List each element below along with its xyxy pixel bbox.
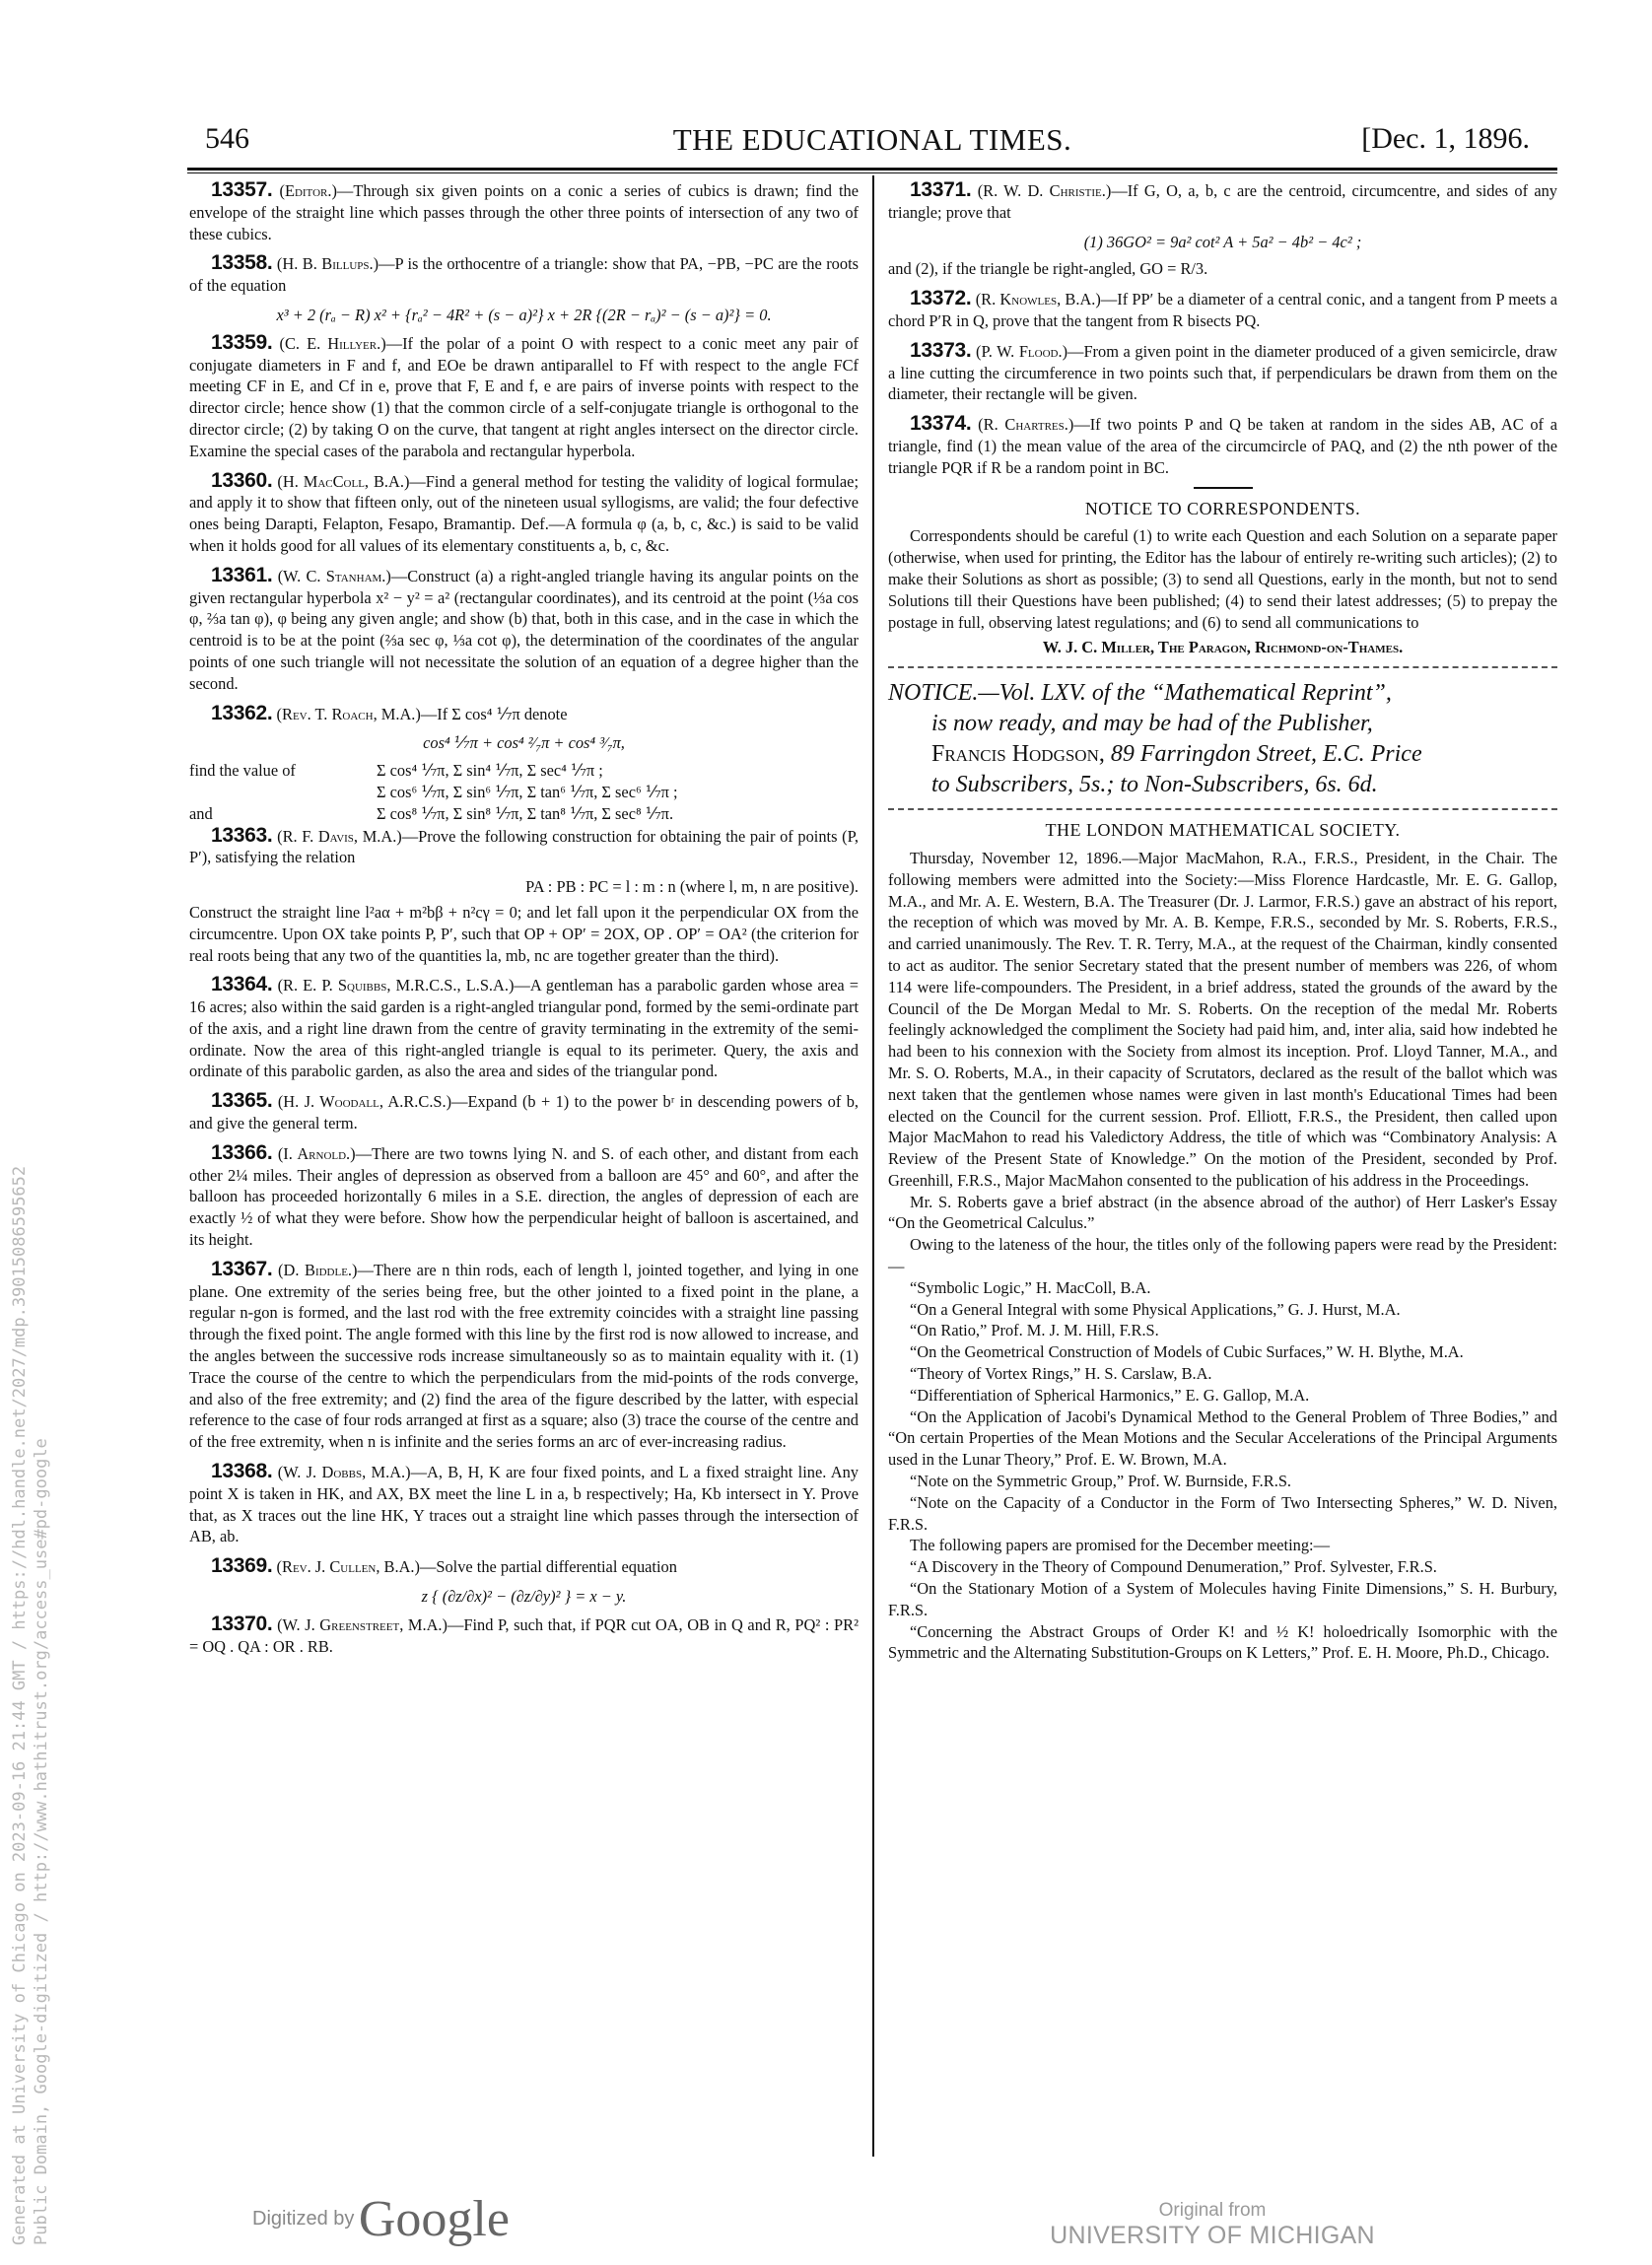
question-text: 13367. (D. Biddle.)—There are n thin rod… — [189, 1259, 859, 1453]
question-item: 13357. (Editor.)—Through six given point… — [189, 179, 859, 244]
question-equation: PA : PB : PC = l : m : n (where l, m, n … — [189, 876, 859, 898]
question-author: (P. W. Flood.) — [976, 342, 1067, 361]
watermark-line: Public Domain, Google-digitized / http:/… — [32, 1438, 51, 2245]
question-item: 13372. (R. Knowles, B.A.)—If PP′ be a di… — [888, 288, 1557, 332]
question-item: 13358. (H. B. Billups.)—P is the orthoce… — [189, 252, 859, 325]
question-item: 13360. (H. MacColl, B.A.)—Find a general… — [189, 470, 859, 557]
question-number: 13370. — [211, 1613, 272, 1635]
question-item: 13362. (Rev. T. Roach, M.A.)—If Σ cos⁴ ⅐… — [189, 703, 859, 825]
question-number: 13363. — [211, 824, 272, 847]
question-author: (W. J. Dobbs, M.A.) — [278, 1463, 411, 1481]
digitized-by-google: Digitized by Google — [252, 2190, 510, 2248]
question-item: 13365. (H. J. Woodall, A.R.C.S.)—Expand … — [189, 1090, 859, 1134]
question-number: 13362. — [211, 702, 272, 724]
question-author: (Rev. J. Cullen, B.A.) — [277, 1557, 420, 1576]
question-author: (H. MacColl, B.A.) — [277, 472, 409, 491]
hathitrust-watermark: Generated at University of Chicago on 20… — [8, 708, 51, 2245]
publication-title: THE EDUCATIONAL TIMES. — [187, 122, 1557, 158]
reprint-notice-line: is now ready, and may be had of the Publ… — [888, 709, 1557, 739]
paper-read-item: “On a General Integral with some Physica… — [888, 1299, 1557, 1321]
society-paragraph: Owing to the lateness of the hour, the t… — [888, 1234, 1557, 1277]
notice-correspondents-heading: NOTICE TO CORRESPONDENTS. — [888, 499, 1557, 520]
question-body: —There are n thin rods, each of length l… — [189, 1261, 859, 1451]
question-item: 13364. (R. E. P. Squibbs, M.R.C.S., L.S.… — [189, 974, 859, 1082]
reprint-notice-line: Francis Hodgson, 89 Farringdon Street, E… — [888, 739, 1557, 770]
paper-read-item: “On Ratio,” Prof. M. J. M. Hill, F.R.S. — [888, 1320, 1557, 1341]
question-equation: cos⁴ ⅐π + cos⁴ ²⁄₇π + cos⁴ ³⁄₇π, — [189, 732, 859, 754]
london-mathematical-society-report: THE LONDON MATHEMATICAL SOCIETY. Thursda… — [888, 820, 1557, 1664]
paper-promised-item: “On the Stationary Motion of a System of… — [888, 1578, 1557, 1621]
sum-row-terms: Σ cos⁶ ⅐π, Σ sin⁶ ⅐π, Σ tan⁶ ⅐π, Σ sec⁶ … — [377, 782, 859, 803]
sum-row: andΣ cos⁸ ⅐π, Σ sin⁸ ⅐π, Σ tan⁸ ⅐π, Σ se… — [189, 803, 859, 825]
original-from-label: Original from — [1035, 2200, 1390, 2222]
publisher-name: Francis Hodgson, — [931, 741, 1105, 767]
editor-address: W. J. C. Miller, The Paragon, Richmond-o… — [888, 637, 1557, 658]
question-author: (R. Knowles, B.A.) — [976, 290, 1101, 309]
question-body: —If Σ cos⁴ ⅐π denote — [421, 705, 568, 723]
society-heading: THE LONDON MATHEMATICAL SOCIETY. — [888, 820, 1557, 842]
question-equation: x³ + 2 (rₐ − R) x² + {rₐ² − 4R² + (s − a… — [189, 305, 859, 326]
question-number: 13367. — [211, 1258, 272, 1280]
newspaper-page: 546 THE EDUCATIONAL TIMES. [Dec. 1, 1896… — [187, 116, 1557, 2157]
section-rule — [888, 666, 1557, 668]
paper-read-item: “Symbolic Logic,” H. MacColl, B.A. — [888, 1277, 1557, 1299]
question-author: (H. B. Billups.) — [277, 254, 379, 273]
question-number: 13358. — [211, 251, 272, 274]
watermark-line: Generated at University of Chicago on 20… — [10, 1166, 30, 2245]
question-continuation: Construct the straight line l²aα + m²bβ … — [189, 902, 859, 966]
paper-read-item: “On the Application of Jacobi's Dynamica… — [888, 1407, 1557, 1471]
question-equation: z { (∂z/∂x)² − (∂z/∂y)² } = x − y. — [189, 1586, 859, 1608]
publisher-address: 89 Farringdon Street, E.C. Price — [1105, 741, 1422, 767]
question-item: 13359. (C. E. Hillyer.)—If the polar of … — [189, 332, 859, 462]
question-equation: (1) 36GO² = 9a² cot² A + 5a² − 4b² − 4c²… — [888, 232, 1557, 253]
question-text: 13365. (H. J. Woodall, A.R.C.S.)—Expand … — [189, 1090, 859, 1134]
reprint-notice-line: to Subscribers, 5s.; to Non-Subscribers,… — [888, 770, 1557, 800]
question-author: (Rev. T. Roach, M.A.) — [277, 705, 421, 723]
left-column: 13357. (Editor.)—Through six given point… — [187, 173, 872, 2157]
question-item: 13363. (R. F. Davis, M.A.)—Prove the fol… — [189, 825, 859, 967]
section-rule — [1194, 487, 1253, 489]
society-paragraph: Thursday, November 12, 1896.—Major MacMa… — [888, 848, 1557, 1192]
question-text: 13366. (I. Arnold.)—There are two towns … — [189, 1142, 859, 1251]
society-paragraphs: Thursday, November 12, 1896.—Major MacMa… — [888, 848, 1557, 1277]
question-item: 13368. (W. J. Dobbs, M.A.)—A, B, H, K ar… — [189, 1461, 859, 1547]
sum-row-label: and — [189, 803, 377, 825]
google-logo: Google — [359, 2191, 510, 2247]
question-item: 13374. (R. Chartres.)—If two points P an… — [888, 413, 1557, 478]
question-number: 13368. — [211, 1460, 272, 1482]
section-rule — [888, 808, 1557, 810]
question-author: (R. Chartres.) — [978, 415, 1073, 434]
question-text: 13363. (R. F. Davis, M.A.)—Prove the fol… — [189, 825, 859, 869]
reprint-notice-line: NOTICE.—Vol. LXV. of the “Mathematical R… — [888, 680, 1392, 706]
question-author: (W. C. Stanham.) — [278, 567, 391, 585]
question-text: 13369. (Rev. J. Cullen, B.A.)—Solve the … — [189, 1555, 859, 1578]
question-item: 13361. (W. C. Stanham.)—Construct (a) a … — [189, 565, 859, 695]
question-author: (R. W. D. Christie.) — [978, 181, 1112, 200]
question-number: 13365. — [211, 1089, 272, 1112]
question-text: 13364. (R. E. P. Squibbs, M.R.C.S., L.S.… — [189, 974, 859, 1082]
question-author: (D. Biddle.) — [278, 1261, 357, 1279]
question-item: 13371. (R. W. D. Christie.)—If G, O, a, … — [888, 179, 1557, 280]
columns: 13357. (Editor.)—Through six given point… — [187, 173, 1557, 2157]
right-questions: 13371. (R. W. D. Christie.)—If G, O, a, … — [888, 179, 1557, 479]
paper-read-item: “Differentiation of Spherical Harmonics,… — [888, 1385, 1557, 1407]
masthead: 546 THE EDUCATIONAL TIMES. [Dec. 1, 1896… — [187, 116, 1557, 164]
paper-read-item: “On the Geometrical Construction of Mode… — [888, 1341, 1557, 1363]
question-number: 13371. — [910, 178, 971, 201]
question-item: 13369. (Rev. J. Cullen, B.A.)—Solve the … — [189, 1555, 859, 1608]
question-number: 13357. — [211, 178, 272, 201]
question-text: 13359. (C. E. Hillyer.)—If the polar of … — [189, 332, 859, 462]
notice-correspondents-body: Correspondents should be careful (1) to … — [888, 525, 1557, 633]
papers-promised-list: “A Discovery in the Theory of Compound D… — [888, 1556, 1557, 1664]
question-author: (C. E. Hillyer.) — [280, 334, 386, 353]
question-author: (H. J. Woodall, A.R.C.S.) — [278, 1092, 451, 1111]
paper-promised-item: “Concerning the Abstract Groups of Order… — [888, 1621, 1557, 1665]
question-text: 13372. (R. Knowles, B.A.)—If PP′ be a di… — [888, 288, 1557, 332]
question-body: —Solve the partial differential equation — [420, 1557, 677, 1576]
question-number: 13364. — [211, 973, 272, 995]
question-author: (I. Arnold.) — [278, 1144, 356, 1163]
question-text: 13357. (Editor.)—Through six given point… — [189, 179, 859, 244]
right-column: 13371. (R. W. D. Christie.)—If G, O, a, … — [874, 173, 1557, 2157]
sum-row-terms: Σ cos⁴ ⅐π, Σ sin⁴ ⅐π, Σ sec⁴ ⅐π ; — [377, 760, 859, 782]
question-item: 13370. (W. J. Greenstreet, M.A.)—Find P,… — [189, 1613, 859, 1658]
question-continuation: and (2), if the triangle be right-angled… — [888, 258, 1557, 280]
question-number: 13366. — [211, 1141, 272, 1164]
question-author: (R. F. Davis, M.A.) — [277, 827, 402, 846]
question-item: 13366. (I. Arnold.)—There are two towns … — [189, 1142, 859, 1251]
sum-row: find the value ofΣ cos⁴ ⅐π, Σ sin⁴ ⅐π, Σ… — [189, 760, 859, 782]
paper-promised-item: “A Discovery in the Theory of Compound D… — [888, 1556, 1557, 1578]
question-number: 13360. — [211, 469, 272, 492]
question-number: 13359. — [211, 331, 272, 354]
issue-date: [Dec. 1, 1896. — [1361, 122, 1530, 156]
question-number: 13372. — [910, 287, 971, 309]
sum-row-label: find the value of — [189, 760, 377, 782]
sum-row: Σ cos⁶ ⅐π, Σ sin⁶ ⅐π, Σ tan⁶ ⅐π, Σ sec⁶ … — [189, 782, 859, 803]
question-number: 13369. — [211, 1554, 272, 1577]
question-text: 13360. (H. MacColl, B.A.)—Find a general… — [189, 470, 859, 557]
paper-read-item: “Note on the Symmetric Group,” Prof. W. … — [888, 1471, 1557, 1492]
question-text: 13373. (P. W. Flood.)—From a given point… — [888, 340, 1557, 405]
digitized-prefix: Digitized by — [252, 2208, 354, 2230]
question-item: 13367. (D. Biddle.)—There are n thin rod… — [189, 1259, 859, 1453]
question-text: 13371. (R. W. D. Christie.)—If G, O, a, … — [888, 179, 1557, 224]
question-number: 13373. — [910, 339, 971, 362]
question-number: 13361. — [211, 564, 272, 586]
paper-read-item: “Theory of Vortex Rings,” H. S. Carslaw,… — [888, 1363, 1557, 1385]
question-number: 13374. — [910, 412, 971, 435]
question-text: 13368. (W. J. Dobbs, M.A.)—A, B, H, K ar… — [189, 1461, 859, 1547]
promised-intro: The following papers are promised for th… — [888, 1535, 1557, 1556]
question-author: (R. E. P. Squibbs, M.R.C.S., L.S.A.) — [278, 976, 515, 995]
paper-read-item: “Note on the Capacity of a Conductor in … — [888, 1492, 1557, 1536]
institution-name: UNIVERSITY OF MICHIGAN — [1035, 2222, 1390, 2250]
question-text: 13362. (Rev. T. Roach, M.A.)—If Σ cos⁴ ⅐… — [189, 703, 859, 725]
sum-row-terms: Σ cos⁸ ⅐π, Σ sin⁸ ⅐π, Σ tan⁸ ⅐π, Σ sec⁸ … — [377, 803, 859, 825]
papers-read-list: “Symbolic Logic,” H. MacColl, B.A.“On a … — [888, 1277, 1557, 1536]
question-text: 13361. (W. C. Stanham.)—Construct (a) a … — [189, 565, 859, 695]
question-text: 13374. (R. Chartres.)—If two points P an… — [888, 413, 1557, 478]
society-paragraph: Mr. S. Roberts gave a brief abstract (in… — [888, 1192, 1557, 1235]
question-author: (Editor.) — [279, 181, 336, 200]
question-author: (W. J. Greenstreet, M.A.) — [277, 1615, 447, 1634]
question-text: 13358. (H. B. Billups.)—P is the orthoce… — [189, 252, 859, 297]
sum-row-label — [189, 782, 377, 803]
reprint-notice: NOTICE.—Vol. LXV. of the “Mathematical R… — [888, 678, 1557, 800]
original-from: Original from UNIVERSITY OF MICHIGAN — [1035, 2200, 1390, 2250]
question-item: 13373. (P. W. Flood.)—From a given point… — [888, 340, 1557, 405]
question-text: 13370. (W. J. Greenstreet, M.A.)—Find P,… — [189, 1613, 859, 1658]
